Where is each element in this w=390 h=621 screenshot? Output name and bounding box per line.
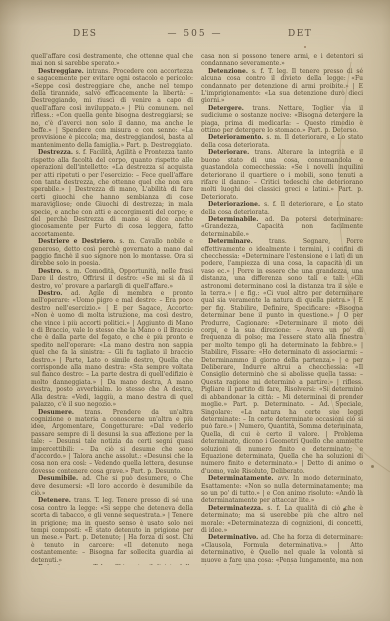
scanned-dictionary-page: DES — 505 — DET quell'affare così destra… [0,0,390,621]
entry-body: casa non si possono tenere armi, e i det… [201,53,363,67]
entry-headword: Deteriorare. [208,149,255,156]
dictionary-entry: Determinatamente. avv. In modo determina… [201,475,363,505]
dictionary-entry: Desumibile. ad. Che si può desumere, o C… [31,475,193,497]
scan-edge-shadow-top [0,0,390,26]
running-head-right: DET [288,29,312,39]
dictionary-entry: Destreggiare. intrans. Procedere con acc… [31,68,193,149]
entry-body: intrans. Procedere con accortezza e saga… [31,68,193,149]
dictionary-entry: Detentore. s. m. T. leg. Chi contro il d… [31,564,193,565]
dictionary-entry: quell'affare così destramente, che otten… [31,53,193,68]
dictionary-entry: Detergere. trans. Nettare, Toglier via i… [201,105,363,135]
entry-headword: Desumere. [38,409,85,416]
right-column: casa non si possono tenere armi, e i det… [201,53,363,565]
entry-headword: Destro. [38,290,71,297]
page-number: — 505 — [0,29,390,39]
dictionary-entry: Destrezza. s. f. Facilità, Agilità e Pro… [31,149,193,238]
scan-speck [304,46,306,48]
dictionary-entry: Determinatezza. s. f. La qualità di ciò … [201,505,363,535]
entry-headword: Determinatezza. [208,505,267,512]
dictionary-entry: Determinare. trans. Segnare, Porre effet… [201,238,363,475]
entry-headword: Determinativo. [208,534,261,541]
dictionary-entry: casa non si possono tenere armi, e i det… [201,53,363,68]
dictionary-entry: Detenzione. s. f. T. leg. Il tenere pres… [201,68,363,105]
dictionary-entry: Deteriorare. trans. Alterare la integrit… [201,149,363,201]
entry-headword: Detenzione. [208,68,252,75]
entry-headword: Detergere. [208,105,252,112]
entry-headword: Destrezza. [38,149,76,156]
dictionary-entry: Destro. ad. Agile di membra e pronto nel… [31,290,193,409]
entry-body: trans. Prendere da un'altra cognizione o… [31,409,193,475]
entry-headword: Destro. [38,268,66,275]
entry-headword: Destriere e Destriero. [38,238,119,245]
entry-body: trans. Alterare la integrità e il buono … [201,149,363,200]
dictionary-entry: Destro. s. m. Comodità, Opportunità, nel… [31,268,193,290]
entry-body: quell'affare così destramente, che otten… [31,53,193,67]
entry-headword: Deterioramento. [208,134,266,141]
dictionary-entry: Desumere. trans. Prendere da un'altra co… [31,409,193,476]
dictionary-entry: Destriere e Destriero. s. m. Cavallo nob… [31,238,193,268]
left-column: quell'affare così destramente, che otten… [31,53,193,565]
entry-body: trans. Segnare, Porre effettivamente o i… [201,238,363,475]
entry-body: trans. T. leg. Tenere presso di sé una c… [31,497,193,563]
dictionary-entry: Detenere. trans. T. leg. Tenere presso d… [31,497,193,564]
running-head: DES — 505 — DET [0,29,390,43]
scan-speck [371,465,374,468]
dictionary-entry: Deterioramento. s. m. Il deteriorare, e … [201,134,363,149]
entry-body: ad. Agile di membra e pronto nell'operar… [31,290,193,408]
text-columns: quell'affare così destramente, che otten… [31,53,363,565]
entry-headword: Destreggiare. [38,68,87,75]
dictionary-entry: Determinabile. ad. Da potersi determinar… [201,216,363,238]
entry-headword: Desumibile. [38,475,82,482]
entry-body: s. f. Facilità, Agilità e Prontezza tant… [31,149,193,237]
dictionary-entry: Determinativo. ad. Che ha forza di deter… [201,534,363,565]
entry-headword: Detenere. [38,497,74,504]
entry-headword: Determinabile. [208,216,265,223]
dictionary-entry: Deteriorazione. s. f. Il deteriorare, e … [201,201,363,216]
entry-headword: Determinare. [208,238,269,245]
scan-edge-shadow-left [0,0,22,621]
entry-headword: Deteriorazione. [208,201,264,208]
entry-headword: Determinatamente. [208,475,278,482]
entry-headword: Detentore. [38,564,76,565]
